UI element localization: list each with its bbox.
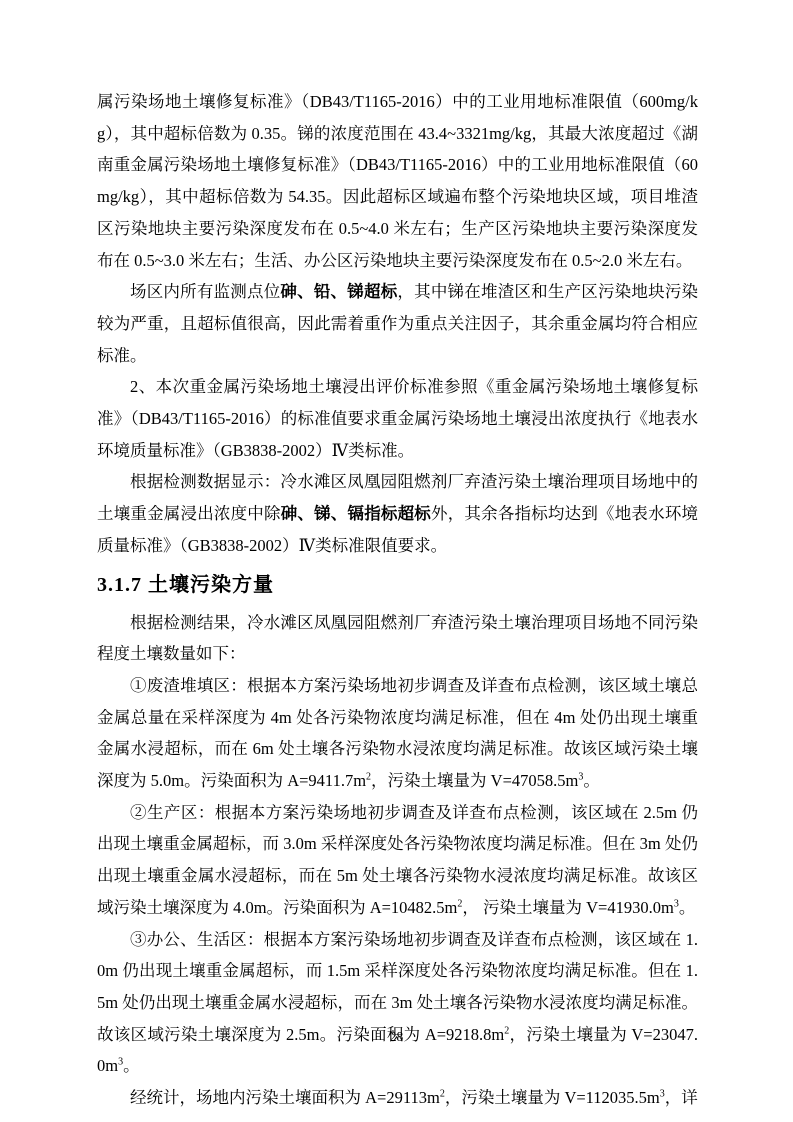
paragraph: ②生产区：根据本方案污染场地初步调查及详查布点检测，该区域在 2.5m 仍出现土… — [97, 797, 698, 924]
document-body: 属污染场地土壤修复标准》（DB43/T1165-2016）中的工业用地标准限值（… — [97, 86, 698, 1114]
paragraph: 2、本次重金属污染场地土壤浸出评价标准参照《重金属污染场地土壤修复标准》（DB4… — [97, 371, 698, 466]
paragraph: 场区内所有监测点位砷、铅、锑超标，其中锑在堆渣区和生产区污染地块污染较为严重，且… — [97, 276, 698, 371]
paragraph: ③办公、生活区：根据本方案污染场地初步调查及详查布点检测，该区域在 1.0m 仍… — [97, 924, 698, 1083]
paragraph: ①废渣堆填区：根据本方案污染场地初步调查及详查布点检测，该区域土壤总金属总量在采… — [97, 670, 698, 797]
paragraph: 属污染场地土壤修复标准》（DB43/T1165-2016）中的工业用地标准限值（… — [97, 86, 698, 276]
section-heading: 3.1.7 土壤污染方量 — [97, 567, 698, 604]
paragraph: 经统计，场地内污染土壤面积为 A=29113m2，污染土壤量为 V=112035… — [97, 1082, 698, 1114]
document-page: 属污染场地土壤修复标准》（DB43/T1165-2016）中的工业用地标准限值（… — [0, 0, 793, 1122]
paragraph: 根据检测数据显示：冷水滩区凤凰园阻燃剂厂弃渣污染土壤治理项目场地中的土壤重金属浸… — [97, 466, 698, 561]
paragraph: 根据检测结果，冷水滩区凤凰园阻燃剂厂弃渣污染土壤治理项目场地不同污染程度土壤数量… — [97, 607, 698, 670]
page-number: 28 — [0, 1028, 793, 1046]
